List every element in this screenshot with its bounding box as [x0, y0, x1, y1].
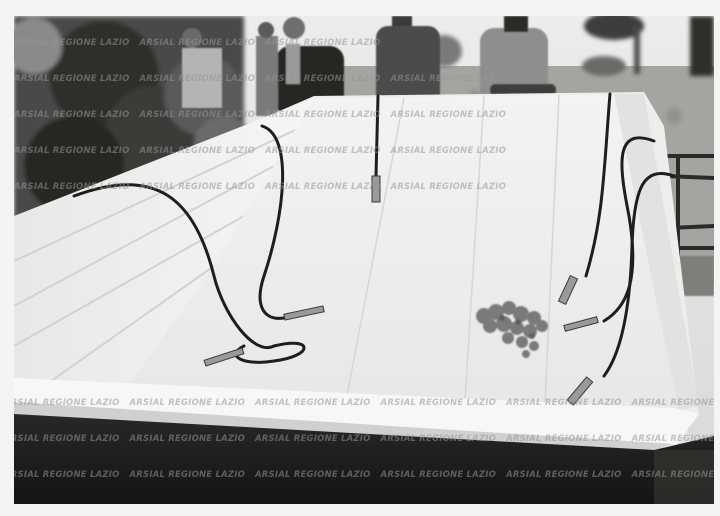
- photo-scene: [14, 16, 714, 504]
- photograph: ARSIAL REGIONE LAZIOARSIAL REGIONE LAZIO…: [14, 16, 714, 504]
